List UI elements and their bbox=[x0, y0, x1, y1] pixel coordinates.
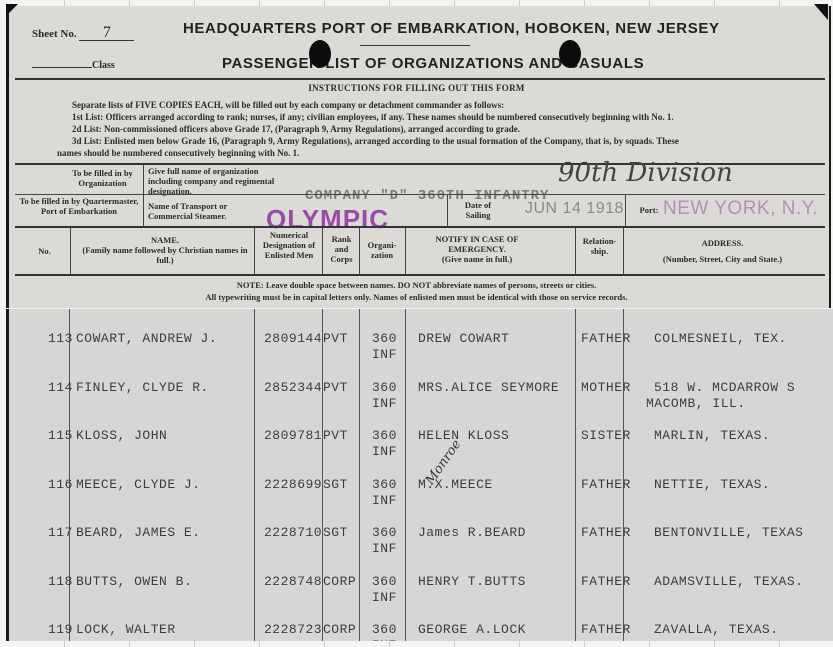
cell-rank: CORP bbox=[323, 622, 356, 637]
cell-notify: GEORGE A.LOCK bbox=[418, 622, 526, 637]
col-header-notify: NOTIFY IN CASE OF EMERGENCY. (Give name … bbox=[412, 234, 542, 264]
cell-address: 518 W. MCDARROW S bbox=[654, 380, 795, 395]
class-label: Class bbox=[92, 60, 115, 71]
cell-no: 116 bbox=[48, 477, 73, 492]
cell-org: 360 bbox=[372, 574, 397, 589]
divider bbox=[625, 195, 626, 226]
cell-rel: FATHER bbox=[581, 477, 631, 492]
org-prompt: Give full name of organization including… bbox=[148, 166, 288, 196]
cell-rel: FATHER bbox=[581, 525, 631, 540]
instructions-list3-cont: names should be numbered consecutively b… bbox=[57, 148, 299, 158]
divider bbox=[15, 274, 825, 276]
column-divider bbox=[254, 309, 255, 641]
instructions-title: INSTRUCTIONS FOR FILLING OUT THIS FORM bbox=[0, 83, 833, 93]
column-divider bbox=[405, 309, 406, 641]
cell-serial: 2852344 bbox=[264, 380, 322, 395]
corner-mark bbox=[814, 4, 828, 20]
cell-no: 117 bbox=[48, 525, 73, 540]
cell-org-line2: INF bbox=[372, 541, 397, 556]
cell-address: NETTIE, TEXAS. bbox=[654, 477, 770, 492]
cell-address: ADAMSVILLE, TEXAS. bbox=[654, 574, 803, 589]
col-header-rel: Relation-ship. bbox=[577, 236, 622, 256]
cell-org: 360 bbox=[372, 331, 397, 346]
column-divider bbox=[69, 309, 70, 641]
column-divider bbox=[359, 309, 360, 641]
divider bbox=[359, 227, 360, 274]
cell-no: 119 bbox=[48, 622, 73, 637]
col-header-name-sub: (Family name followed by Christian names… bbox=[75, 245, 255, 265]
column-divider bbox=[575, 309, 576, 641]
sheet-number: Sheet No. 7 bbox=[32, 26, 134, 41]
cell-rel: MOTHER bbox=[581, 380, 631, 395]
cell-name: BUTTS, OWEN B. bbox=[76, 574, 192, 589]
cell-notify: HELEN KLOSS bbox=[418, 428, 509, 443]
cell-no: 118 bbox=[48, 574, 73, 589]
cell-name: LOCK, WALTER bbox=[76, 622, 176, 637]
cell-notify: HENRY T.BUTTS bbox=[418, 574, 526, 589]
cell-name: MEECE, CLYDE J. bbox=[76, 477, 201, 492]
cell-name: KLOSS, JOHN bbox=[76, 428, 167, 443]
note-line2: All typewriting must be in capital lette… bbox=[0, 292, 833, 302]
cell-name: COWART, ANDREW J. bbox=[76, 331, 217, 346]
cell-org: 360 bbox=[372, 380, 397, 395]
col-header-address-title: ADDRESS. bbox=[640, 238, 805, 248]
cell-org-line2: INF bbox=[372, 590, 397, 605]
col-header-name: NAME. (Family name followed by Christian… bbox=[75, 235, 255, 265]
cell-address-line2: MACOMB, ILL. bbox=[646, 396, 746, 411]
instructions-intro: Separate lists of FIVE COPIES EACH, will… bbox=[72, 100, 504, 110]
cell-rank: SGT bbox=[323, 525, 348, 540]
cell-name: FINLEY, CLYDE R. bbox=[76, 380, 209, 395]
divider bbox=[15, 194, 825, 195]
cell-notify: MRS.ALICE SEYMORE bbox=[418, 380, 559, 395]
col-header-no: No. bbox=[22, 246, 67, 256]
cell-address: MARLIN, TEXAS. bbox=[654, 428, 770, 443]
divider bbox=[254, 227, 255, 274]
cell-org-line2: INF bbox=[372, 347, 397, 362]
cell-rel: FATHER bbox=[581, 622, 631, 637]
cell-rank: PVT bbox=[323, 331, 348, 346]
cell-notify: DREW COWART bbox=[418, 331, 509, 346]
divider bbox=[70, 227, 71, 274]
divider bbox=[405, 227, 406, 274]
cell-no: 113 bbox=[48, 331, 73, 346]
divider bbox=[143, 164, 144, 226]
class-field: Class bbox=[32, 60, 115, 71]
cell-org-line2: INF bbox=[372, 493, 397, 508]
instructions-list1: 1st List: Officers arranged according to… bbox=[72, 112, 674, 122]
cell-rel: SISTER bbox=[581, 428, 631, 443]
cell-serial: 2809781 bbox=[264, 428, 322, 443]
punch-hole bbox=[559, 40, 581, 68]
cell-address: ZAVALLA, TEXAS. bbox=[654, 622, 779, 637]
sheet-number-label: Sheet No. bbox=[32, 28, 77, 40]
port-label: Port: bbox=[634, 205, 664, 215]
note-line1: NOTE: Leave double space between names. … bbox=[0, 280, 833, 290]
col-header-address: ADDRESS. (Number, Street, City and State… bbox=[640, 238, 805, 264]
divider bbox=[623, 227, 624, 274]
cell-org: 360 bbox=[372, 477, 397, 492]
column-divider bbox=[623, 309, 624, 641]
cell-rank: SGT bbox=[323, 477, 348, 492]
form-title: HEADQUARTERS PORT OF EMBARKATION, HOBOKE… bbox=[183, 20, 720, 37]
col-header-org: Organi-zation bbox=[361, 240, 403, 260]
cell-no: 115 bbox=[48, 428, 73, 443]
cell-org: 360 bbox=[372, 622, 397, 637]
cell-org-line2: INF bbox=[372, 444, 397, 459]
cell-org: 360 bbox=[372, 525, 397, 540]
cell-rel: FATHER bbox=[581, 331, 631, 346]
cell-rank: PVT bbox=[323, 380, 348, 395]
cell-serial: 2809144 bbox=[264, 331, 322, 346]
divider bbox=[447, 195, 448, 226]
qm-row-label: To be filled in by Quartermaster, Port o… bbox=[18, 196, 140, 216]
corner-mark bbox=[6, 4, 18, 16]
instructions-list3: 3d List: Enlisted men below Grade 16, (P… bbox=[72, 136, 679, 146]
cell-org-line2: INF bbox=[372, 396, 397, 411]
column-divider bbox=[322, 309, 323, 641]
cell-address: BENTONVILLE, TEXAS bbox=[654, 525, 803, 540]
col-header-address-sub: (Number, Street, City and State.) bbox=[640, 254, 805, 264]
cell-org: 360 bbox=[372, 428, 397, 443]
cell-rank: PVT bbox=[323, 428, 348, 443]
cell-serial: 2228710 bbox=[264, 525, 322, 540]
col-header-rank: Rank and Corps bbox=[324, 234, 359, 264]
col-header-name-title: NAME. bbox=[75, 235, 255, 245]
roster-image bbox=[6, 309, 833, 641]
col-header-serial: Numerical Designation of Enlisted Men bbox=[256, 230, 322, 260]
cell-name: BEARD, JAMES E. bbox=[76, 525, 201, 540]
divider bbox=[575, 227, 576, 274]
divider bbox=[15, 78, 825, 80]
cell-serial: 2228699 bbox=[264, 477, 322, 492]
org-value: COMPANY "D" 360TH INFANTRY bbox=[305, 188, 549, 204]
cell-rank: CORP bbox=[323, 574, 356, 589]
instructions-list2: 2d List: Non-commissioned officers above… bbox=[72, 124, 520, 134]
sheet-number-value: 7 bbox=[79, 26, 134, 41]
col-header-notify-title: NOTIFY IN CASE OF EMERGENCY. bbox=[412, 234, 542, 254]
org-row-label: To be filled in by Organization bbox=[55, 168, 150, 188]
cell-address: COLMESNEIL, TEX. bbox=[654, 331, 787, 346]
date-label: Date of Sailing bbox=[453, 200, 503, 220]
divider bbox=[15, 226, 825, 228]
cell-serial: 2228723 bbox=[264, 622, 322, 637]
punch-hole bbox=[309, 40, 331, 68]
date-value: JUN 14 1918 bbox=[525, 200, 624, 218]
transport-label: Name of Transport or Commercial Steamer. bbox=[148, 201, 258, 221]
cell-rel: FATHER bbox=[581, 574, 631, 589]
cell-serial: 2228748 bbox=[264, 574, 322, 589]
divider bbox=[322, 227, 323, 274]
cell-notify: James R.BEARD bbox=[418, 525, 526, 540]
form-subtitle: PASSENGER LIST OF ORGANIZATIONS AND CASU… bbox=[222, 55, 644, 72]
port-value: NEW YORK, N.Y. bbox=[663, 198, 818, 220]
org-handwritten: 90th Division bbox=[558, 158, 733, 188]
cell-no: 114 bbox=[48, 380, 73, 395]
spreadsheet-grid-bottom bbox=[0, 641, 833, 647]
col-header-notify-sub: (Give name in full.) bbox=[412, 254, 542, 264]
title-rule bbox=[360, 45, 470, 46]
